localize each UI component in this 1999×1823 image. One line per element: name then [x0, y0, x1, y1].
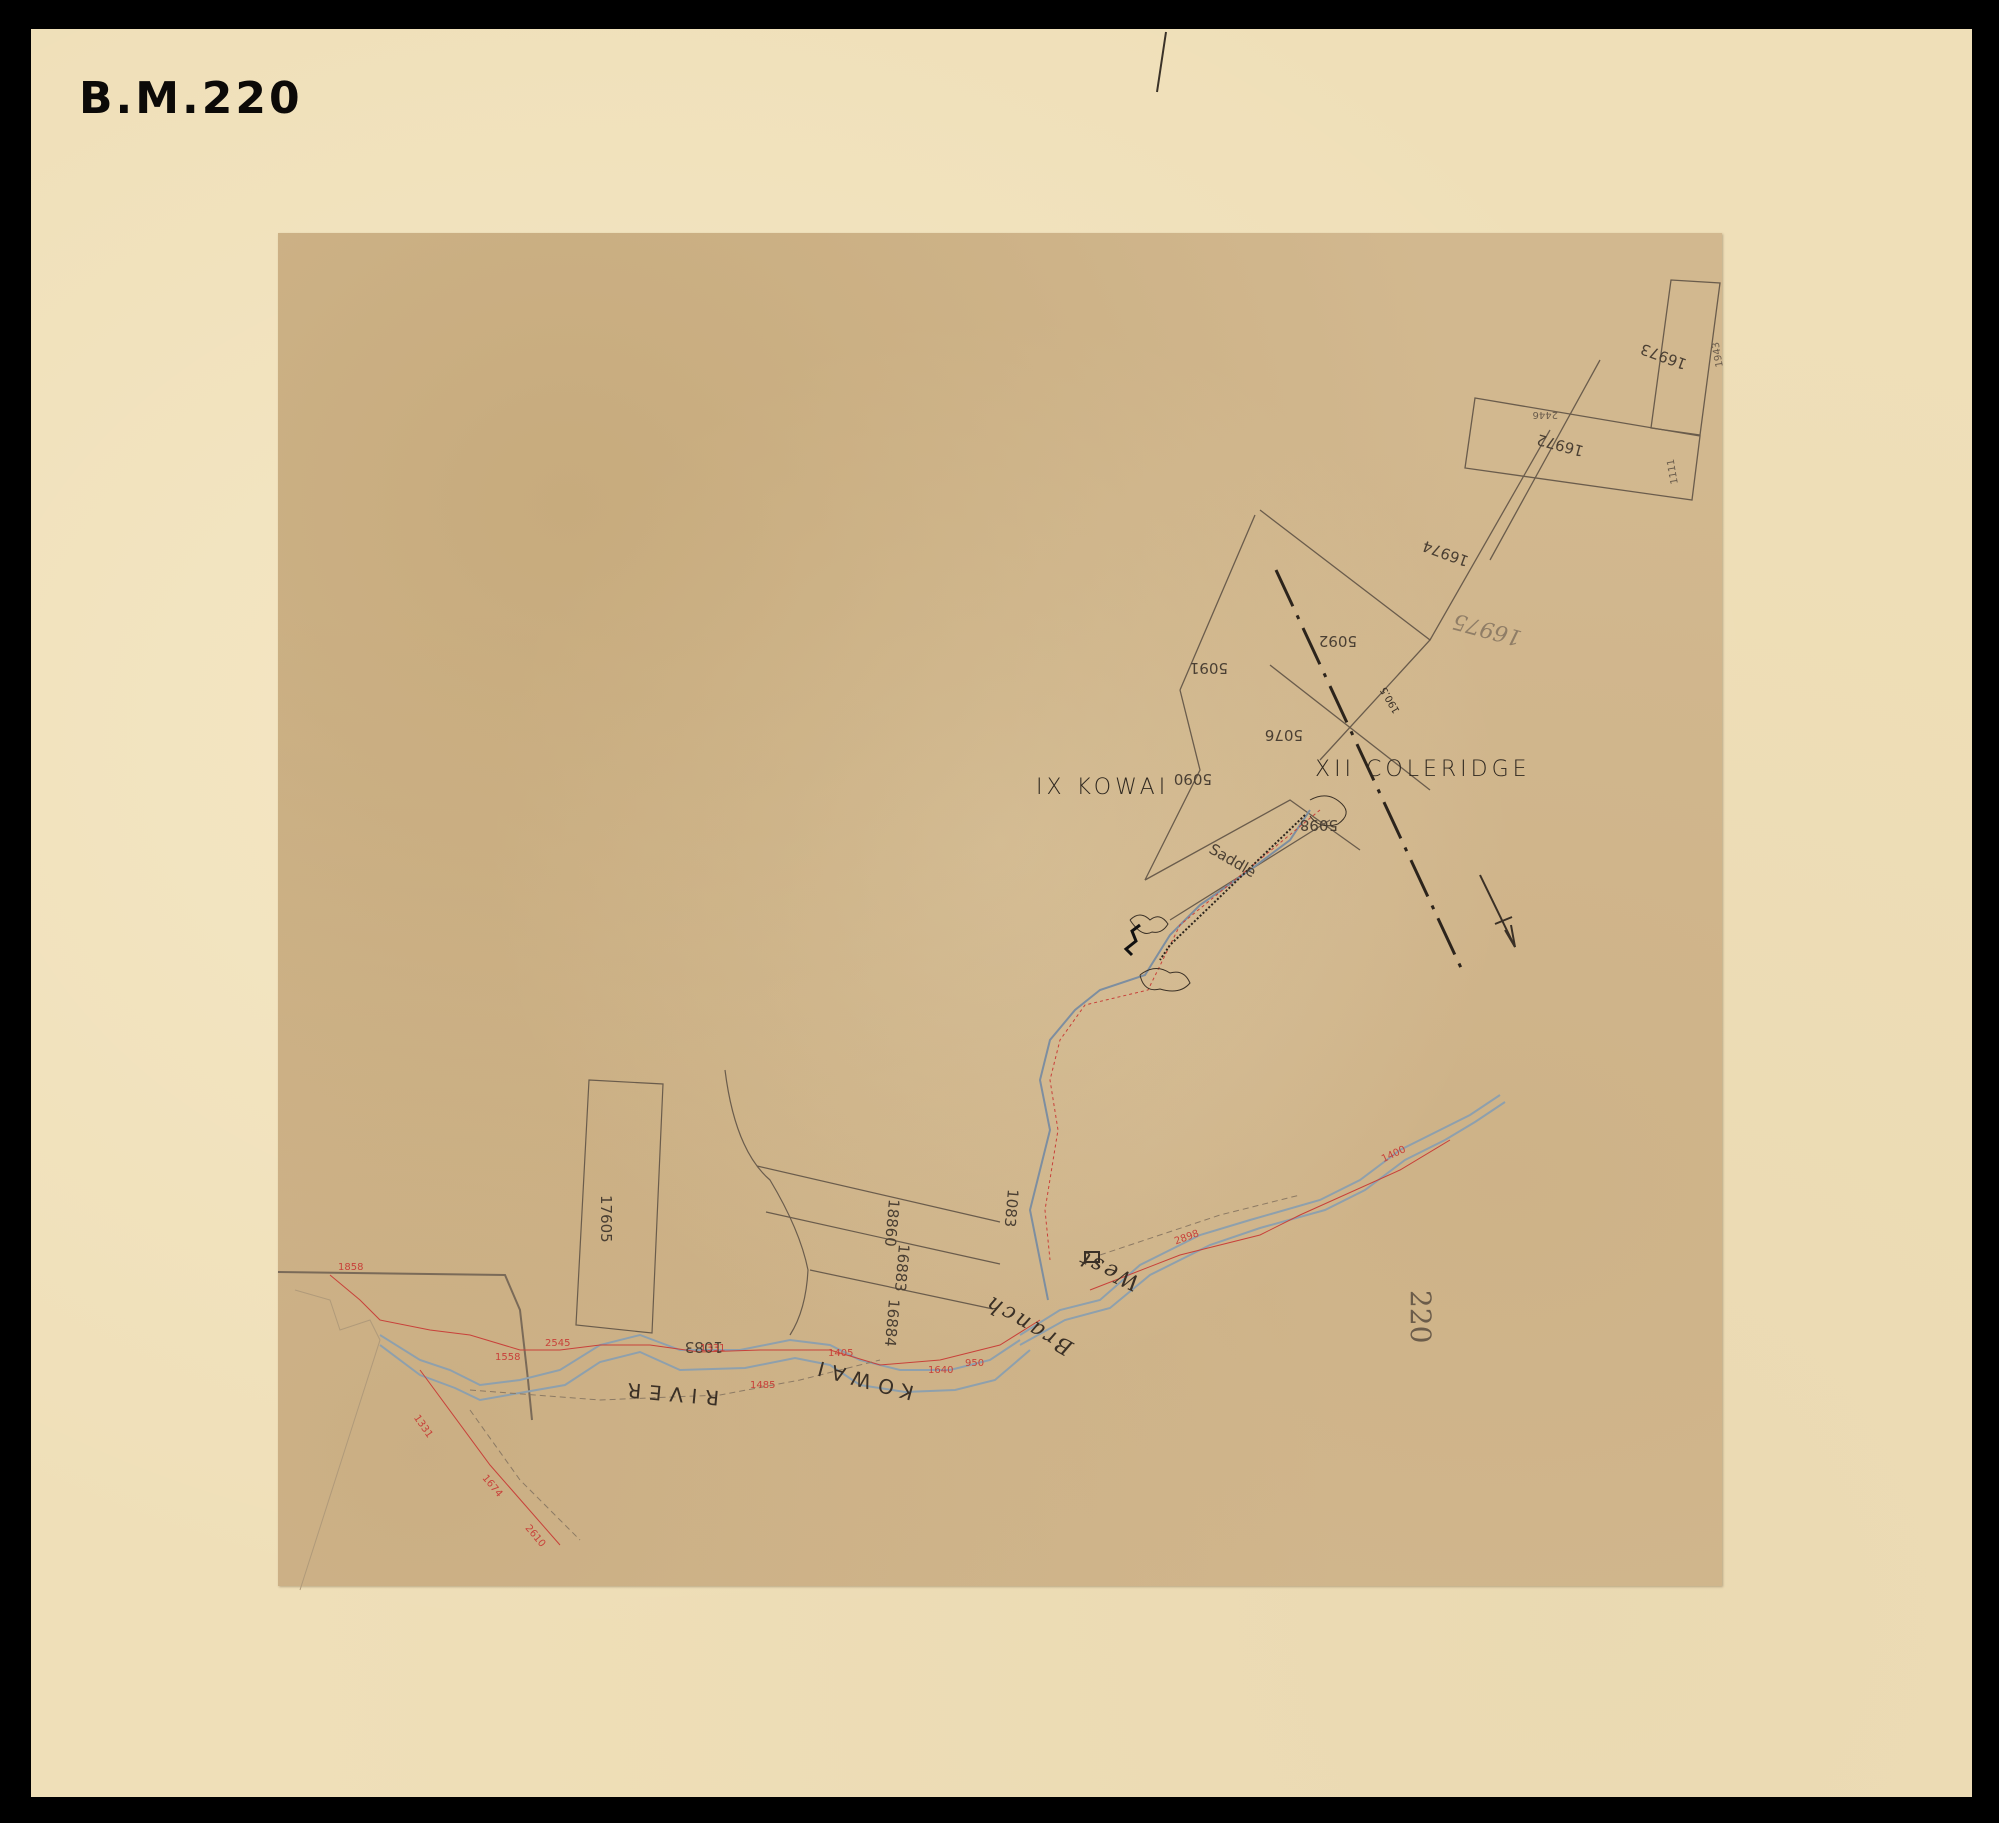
traverse-line-red [1045, 810, 1320, 1260]
dimension-label: 1640 [928, 1365, 953, 1376]
parcel-label-17605: 17605 [597, 1195, 615, 1243]
dimension-label: 950 [965, 1358, 984, 1369]
sheet-stamp-220: 220 [1404, 1290, 1437, 1343]
north-arrow-icon [1480, 875, 1515, 947]
dimension-label: 1558 [495, 1352, 520, 1363]
dimension-label: 2446 [1533, 409, 1558, 420]
parcel-label-5076: 5076 [1265, 726, 1303, 744]
district-label-coleridge: XII COLERIDGE [1315, 757, 1531, 782]
dimension-label: 1485 [750, 1380, 775, 1391]
map-linework [0, 0, 1999, 1823]
parcel-boundaries-south [576, 1070, 1000, 1335]
pencil-tick-mark [1157, 32, 1166, 92]
parcel-label-5098: 5098 [1300, 816, 1338, 834]
district-label-kowai: IX KOWAI [1036, 775, 1169, 800]
parcel-label-5091: 5091 [1190, 659, 1228, 677]
dimension-label: 1331 [700, 1343, 725, 1354]
parcel-label-5090: 5090 [1174, 770, 1212, 788]
parcel-boundaries-north [1145, 280, 1720, 920]
dimension-label: 2545 [545, 1338, 570, 1349]
parcel-label-5092: 5092 [1319, 632, 1357, 650]
dimension-label: 1858 [338, 1262, 363, 1273]
parcel-label-1083-creek: 1083 [1001, 1188, 1022, 1228]
dimension-label: 1405 [828, 1348, 853, 1359]
